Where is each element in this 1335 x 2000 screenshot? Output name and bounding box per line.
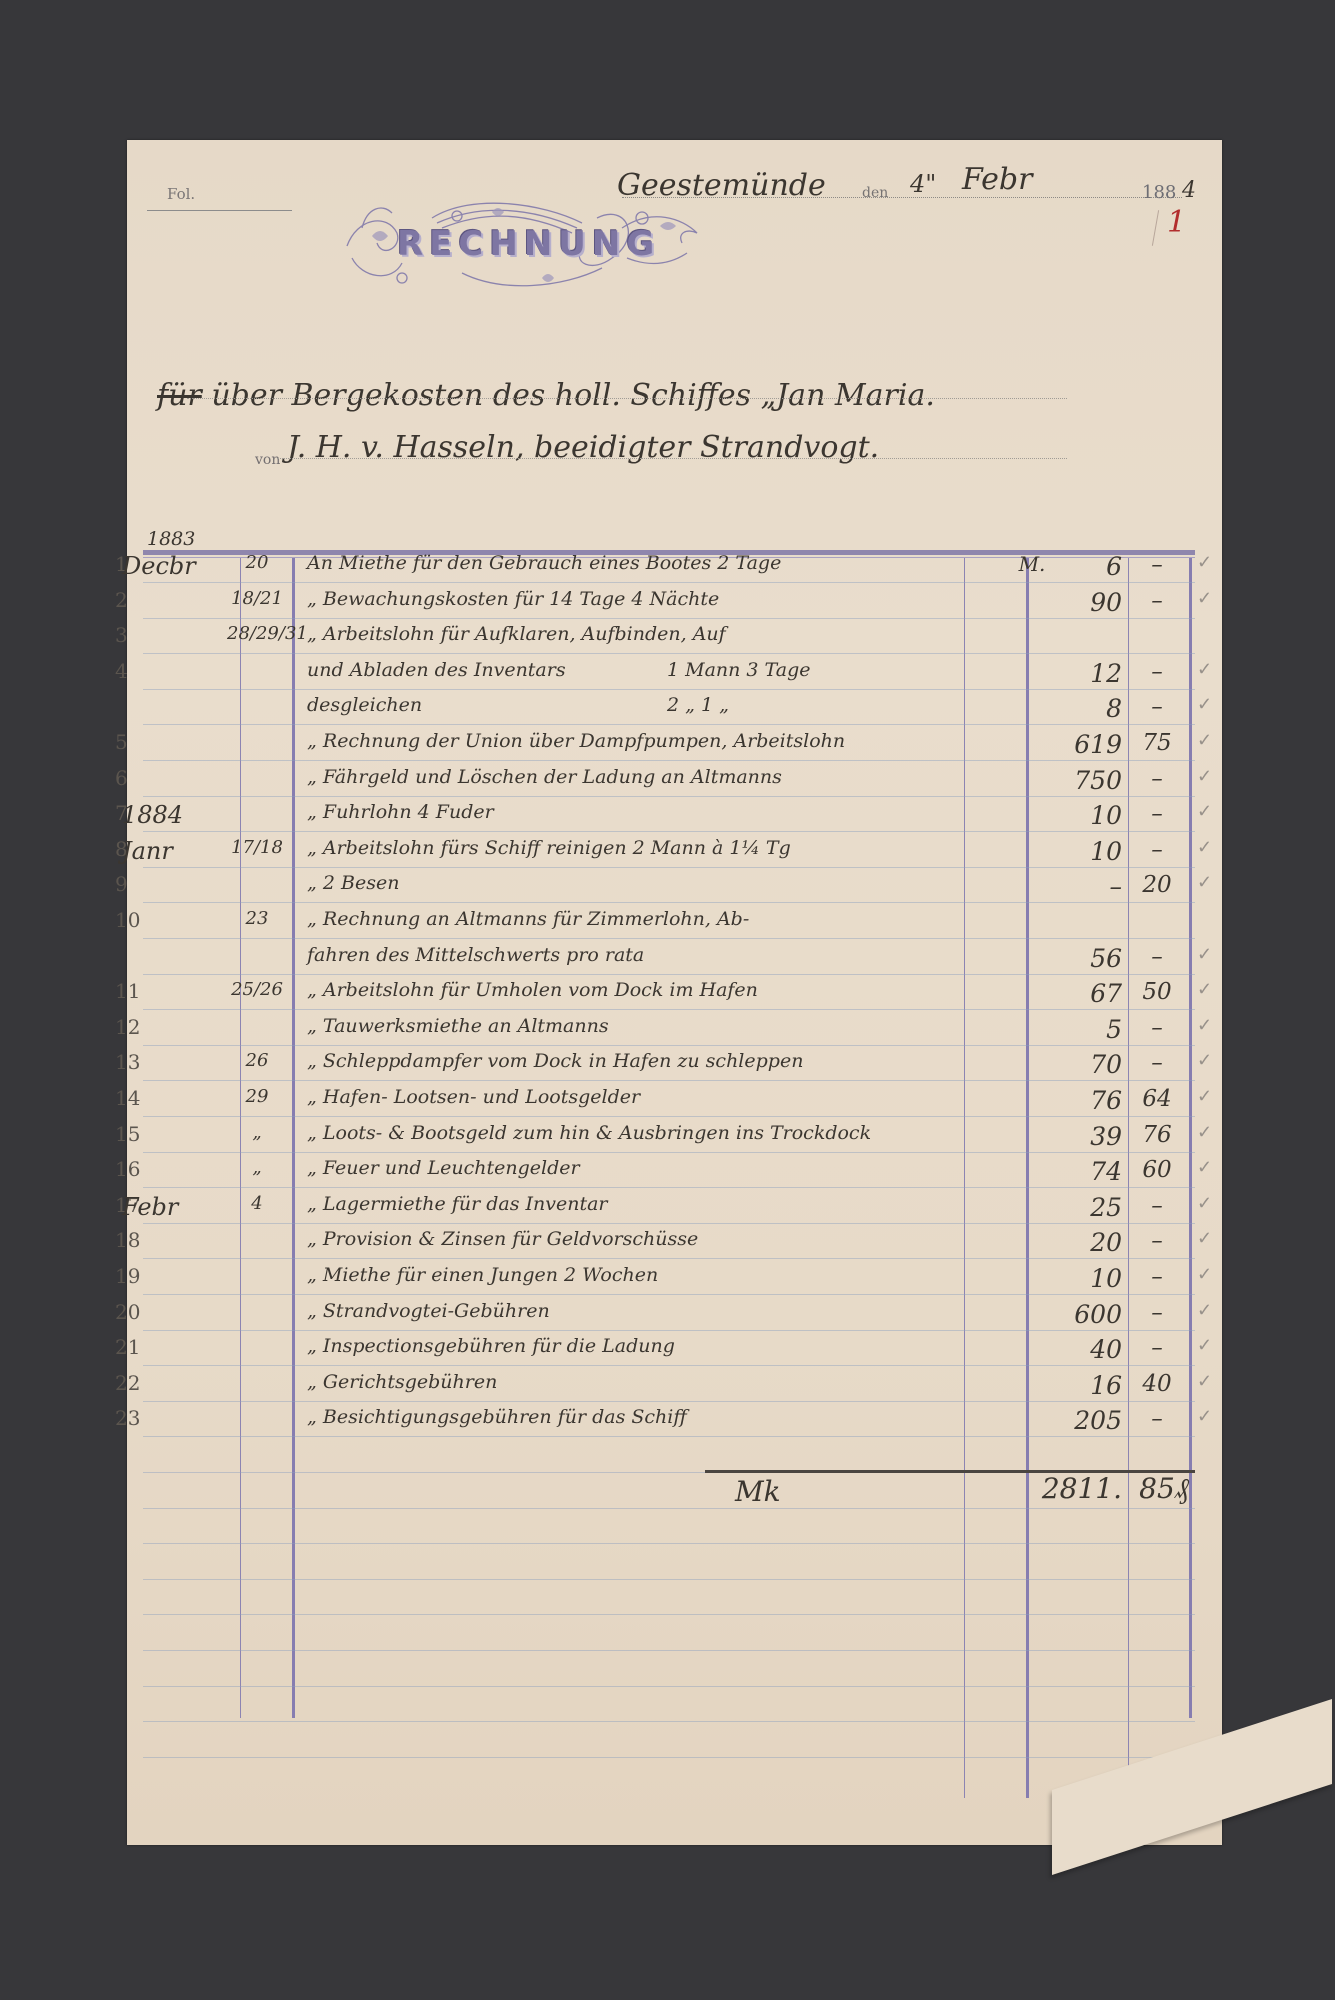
checkmark-icon: ✓ (1197, 1122, 1212, 1143)
row-marks: 12 (1017, 659, 1128, 688)
folio-line (147, 210, 292, 211)
row-description: desgleichen (307, 694, 422, 716)
checkmark-icon: ✓ (1197, 1264, 1212, 1285)
row-pfennig: 64 (1129, 1086, 1185, 1112)
ruled-line (143, 1757, 1195, 1758)
table-row: 1Decbr20An Miethe für den Gebrauch eines… (127, 552, 1222, 587)
folded-torn-corner (1052, 1699, 1332, 1875)
row-pfennig: – (1129, 1406, 1185, 1432)
table-row: 15„„ Loots- & Bootsgeld zum hin & Ausbri… (127, 1122, 1222, 1157)
issuer-dotted-line (277, 458, 1067, 459)
rechnung-ornamental-heading: RECHNUNG (342, 198, 702, 293)
row-number: 19 (115, 1264, 140, 1288)
row-marks: 25 (1017, 1193, 1128, 1222)
row-description: „ Fährgeld und Löschen der Ladung an Alt… (307, 766, 782, 788)
row-description: „ Loots- & Bootsgeld zum hin & Ausbringe… (307, 1122, 871, 1144)
checkmark-icon: ✓ (1197, 1406, 1212, 1427)
subject-text: über Bergekosten des holl. Schiffes „Jan… (211, 378, 935, 413)
checkmark-icon: ✓ (1197, 694, 1212, 715)
row-quantity: 2 „ 1 „ (667, 694, 729, 716)
checkmark-icon: ✓ (1197, 1193, 1212, 1214)
invoice-sheet: Fol. Geestemünde den 4" Febr 188 4 1 (127, 140, 1222, 1845)
row-number: 3 (115, 623, 128, 647)
table-row: 9„ 2 Besen–20✓ (127, 872, 1222, 907)
row-marks: 205 (1017, 1406, 1128, 1435)
row-pfennig: – (1129, 552, 1185, 578)
row-pfennig: 76 (1129, 1122, 1185, 1148)
checkmark-icon: ✓ (1197, 1300, 1212, 1321)
row-number: 21 (115, 1335, 140, 1359)
row-description: „ Rechnung der Union über Dampfpumpen, A… (307, 730, 845, 752)
row-day: 26 (227, 1050, 287, 1071)
table-row: 8Janr17/18„ Arbeitslohn fürs Schiff rein… (127, 837, 1222, 872)
row-pfennig: – (1129, 1015, 1185, 1041)
checkmark-icon: ✓ (1197, 801, 1212, 822)
row-description: An Miethe für den Gebrauch eines Bootes … (307, 552, 781, 574)
row-description: „ Gerichtsgebühren (307, 1371, 497, 1393)
ruled-line (143, 1508, 1195, 1509)
row-marks: 600 (1017, 1300, 1128, 1329)
row-description: „ Besichtigungsgebühren für das Schiff (307, 1406, 687, 1428)
row-description: „ Feuer und Leuchtengelder (307, 1157, 580, 1179)
ruled-line (143, 1614, 1195, 1615)
table-row: 1023„ Rechnung an Altmanns für Zimmerloh… (127, 908, 1222, 943)
row-pfennig: – (1129, 1335, 1185, 1361)
checkmark-icon: ✓ (1197, 659, 1212, 680)
row-description: „ Bewachungskosten für 14 Tage 4 Nächte (307, 588, 719, 610)
row-marks: 10 (1017, 837, 1128, 866)
table-row: 19„ Miethe für einen Jungen 2 Wochen10–✓ (127, 1264, 1222, 1299)
row-pfennig: – (1129, 694, 1185, 720)
table-row: fahren des Mittelschwerts pro rata56–✓ (127, 944, 1222, 979)
row-number: 20 (115, 1300, 140, 1324)
table-row: desgleichen2 „ 1 „8–✓ (127, 694, 1222, 729)
row-marks: 67 (1017, 979, 1128, 1008)
row-number: 2 (115, 588, 128, 612)
checkmark-icon: ✓ (1197, 1371, 1212, 1392)
checkmark-icon: ✓ (1197, 1157, 1212, 1178)
row-pfennig: – (1129, 1264, 1185, 1290)
table-row: 5„ Rechnung der Union über Dampfpumpen, … (127, 730, 1222, 765)
row-pfennig: – (1129, 837, 1185, 863)
total-pfennig-value: 85 (1139, 1472, 1175, 1505)
table-row: 22„ Gerichtsgebühren1640✓ (127, 1371, 1222, 1406)
row-day: „ (227, 1122, 287, 1143)
checkmark-icon: ✓ (1197, 944, 1212, 965)
row-marks: 10 (1017, 1264, 1128, 1293)
checkmark-icon: ✓ (1197, 1050, 1212, 1071)
row-number: 13 (115, 1050, 140, 1074)
ruled-line (143, 1721, 1195, 1722)
row-marks: 90 (1017, 588, 1128, 617)
row-marks: 76 (1017, 1086, 1128, 1115)
issuer-name: J. H. v. Hasseln, beeidigter Strandvogt. (287, 430, 879, 465)
start-year: 1883 (147, 528, 195, 550)
row-description: „ Schleppdampfer vom Dock in Hafen zu sc… (307, 1050, 803, 1072)
row-day: 28/29/31 (227, 623, 287, 644)
row-number: 6 (115, 766, 128, 790)
table-row: 17Febr4„ Lagermiethe für das Inventar25–… (127, 1193, 1222, 1228)
subject-struck-word: für (157, 378, 202, 413)
table-row: 21„ Inspectionsgebühren für die Ladung40… (127, 1335, 1222, 1370)
row-month: Decbr (122, 552, 196, 580)
row-number: 23 (115, 1406, 140, 1430)
checkmark-icon: ✓ (1197, 1228, 1212, 1249)
checkmark-icon: ✓ (1197, 1015, 1212, 1036)
table-row: 328/29/31„ Arbeitslohn für Aufklaren, Au… (127, 623, 1222, 658)
row-day: 25/26 (227, 979, 287, 1000)
row-description: „ Rechnung an Altmanns für Zimmerlohn, A… (307, 908, 749, 930)
row-marks: 750 (1017, 766, 1128, 795)
row-day: 4 (227, 1193, 287, 1214)
row-number: 9 (115, 872, 128, 896)
row-number: 15 (115, 1122, 140, 1146)
row-marks: – (1017, 872, 1128, 901)
row-marks: 70 (1017, 1050, 1128, 1079)
row-pfennig: 40 (1129, 1371, 1185, 1397)
row-pfennig: – (1129, 1300, 1185, 1326)
row-description: fahren des Mittelschwerts pro rata (307, 944, 644, 966)
row-description: „ Strandvogtei-Gebühren (307, 1300, 550, 1322)
table-row: 1429„ Hafen- Lootsen- und Lootsgelder766… (127, 1086, 1222, 1121)
table-row: 1125/26„ Arbeitslohn für Umholen vom Doc… (127, 979, 1222, 1014)
row-number: 4 (115, 659, 128, 683)
row-number: 22 (115, 1371, 140, 1395)
row-description: „ Inspectionsgebühren für die Ladung (307, 1335, 675, 1357)
year-handwritten: 4 (1182, 178, 1196, 203)
row-marks: 39 (1017, 1122, 1128, 1151)
checkmark-icon: ✓ (1197, 552, 1212, 573)
row-marks: 40 (1017, 1335, 1128, 1364)
table-row: 18„ Provision & Zinsen für Geldvorschüss… (127, 1228, 1222, 1263)
total-label: Mk (735, 1475, 781, 1508)
table-row: 4und Abladen des Inventars1 Mann 3 Tage1… (127, 659, 1222, 694)
row-number: 16 (115, 1157, 140, 1181)
row-month: 1884 (122, 801, 183, 829)
row-marks: 8 (1017, 694, 1128, 723)
row-number: 5 (115, 730, 128, 754)
row-number: 10 (115, 908, 140, 932)
table-row: 20„ Strandvogtei-Gebühren600–✓ (127, 1300, 1222, 1335)
subject-line: für über Bergekosten des holl. Schiffes … (157, 378, 935, 413)
year-printed: 188 (1142, 182, 1176, 203)
von-label: von (255, 452, 280, 468)
row-marks: 10 (1017, 801, 1128, 830)
row-pfennig: – (1129, 766, 1185, 792)
checkmark-icon: ✓ (1197, 837, 1212, 858)
row-marks: 16 (1017, 1371, 1128, 1400)
row-pfennig: – (1129, 588, 1185, 614)
row-description: „ Arbeitslohn fürs Schiff reinigen 2 Man… (307, 837, 791, 859)
row-quantity: 1 Mann 3 Tage (667, 659, 810, 681)
row-pfennig: 50 (1129, 979, 1185, 1005)
row-description: „ Arbeitslohn für Umholen vom Dock im Ha… (307, 979, 758, 1001)
subject-dotted-line (187, 398, 1067, 399)
row-description: „ Lagermiethe für das Inventar (307, 1193, 607, 1215)
row-marks: 56 (1017, 944, 1128, 973)
row-description: „ Miethe für einen Jungen 2 Wochen (307, 1264, 658, 1286)
row-pfennig: – (1129, 801, 1185, 827)
row-description: „ Hafen- Lootsen- und Lootsgelder (307, 1086, 640, 1108)
row-description: „ Fuhrlohn 4 Fuder (307, 801, 494, 823)
row-number: 14 (115, 1086, 140, 1110)
date-day: 4" (910, 170, 936, 198)
row-pfennig: – (1129, 944, 1185, 970)
folio-label: Fol. (167, 185, 195, 203)
checkmark-icon: ✓ (1197, 1086, 1212, 1107)
ruled-line (143, 1686, 1195, 1687)
checkmark-icon: ✓ (1197, 766, 1212, 787)
den-label: den (862, 185, 888, 201)
table-row: 12„ Tauwerksmiethe an Altmanns5–✓ (127, 1015, 1222, 1050)
row-marks: 619 (1017, 730, 1128, 759)
row-marks: 5 (1017, 1015, 1128, 1044)
folio-bracket (1152, 210, 1159, 246)
row-marks: 20 (1017, 1228, 1128, 1257)
row-number: 18 (115, 1228, 140, 1252)
rechnung-title: RECHNUNG (397, 224, 660, 264)
checkmark-icon: ✓ (1197, 979, 1212, 1000)
table-row: 6„ Fährgeld und Löschen der Ladung an Al… (127, 766, 1222, 801)
total-marks: 2811. (1017, 1472, 1128, 1505)
row-month: Febr (122, 1193, 178, 1221)
checkmark-icon: ✓ (1197, 730, 1212, 751)
ruled-line (143, 1650, 1195, 1651)
row-day: „ (227, 1157, 287, 1178)
row-day: 23 (227, 908, 287, 929)
table-row: 1326„ Schleppdampfer vom Dock in Hafen z… (127, 1050, 1222, 1085)
ruled-line (143, 1543, 1195, 1544)
row-day: 18/21 (227, 588, 287, 609)
row-number: 11 (115, 979, 140, 1003)
row-pfennig: 75 (1129, 730, 1185, 756)
row-pfennig: 20 (1129, 872, 1185, 898)
row-day: 17/18 (227, 837, 287, 858)
row-pfennig: – (1129, 1193, 1185, 1219)
row-marks: 74 (1017, 1157, 1128, 1186)
ruled-line (143, 1579, 1195, 1580)
date-month: Febr (962, 162, 1032, 197)
pfennig-sign-icon: ₰ (1175, 1472, 1189, 1505)
checkmark-icon: ✓ (1197, 588, 1212, 609)
row-day: 29 (227, 1086, 287, 1107)
table-row: 218/21„ Bewachungskosten für 14 Tage 4 N… (127, 588, 1222, 623)
row-day: 20 (227, 552, 287, 573)
row-description: „ Provision & Zinsen für Geldvorschüsse (307, 1228, 698, 1250)
table-row: 71884„ Fuhrlohn 4 Fuder10–✓ (127, 801, 1222, 836)
row-month: Janr (122, 837, 173, 865)
row-pfennig: – (1129, 1050, 1185, 1076)
checkmark-icon: ✓ (1197, 872, 1212, 893)
total-pfennig: 85₰ (1129, 1472, 1199, 1506)
row-number: 12 (115, 1015, 140, 1039)
row-pfennig: – (1129, 659, 1185, 685)
table-row: 16„„ Feuer und Leuchtengelder7460✓ (127, 1157, 1222, 1192)
row-marks: 6 (1017, 552, 1128, 581)
row-pfennig: 60 (1129, 1157, 1185, 1183)
row-description: „ Tauwerksmiethe an Altmanns (307, 1015, 609, 1037)
checkmark-icon: ✓ (1197, 1335, 1212, 1356)
folio-number: 1 (1167, 205, 1186, 240)
row-description: und Abladen des Inventars (307, 659, 566, 681)
row-pfennig: – (1129, 1228, 1185, 1254)
row-description: „ 2 Besen (307, 872, 399, 894)
row-description: „ Arbeitslohn für Aufklaren, Aufbinden, … (307, 623, 726, 645)
table-row: 23„ Besichtigungsgebühren für das Schiff… (127, 1406, 1222, 1441)
